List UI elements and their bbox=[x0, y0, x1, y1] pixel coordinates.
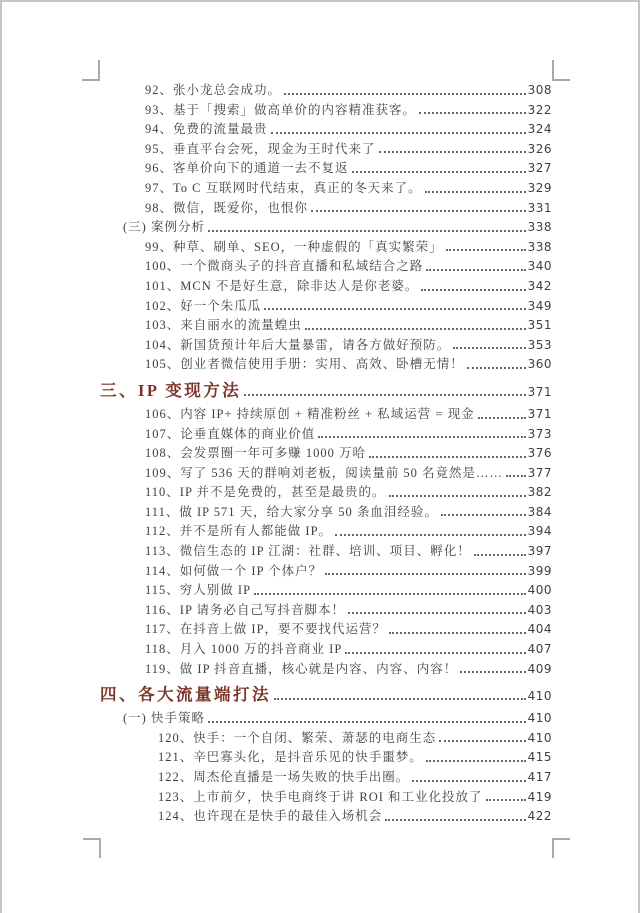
toc-entry-title: 97、To C 互联网时代结束，真正的冬天来了。 bbox=[145, 178, 422, 196]
toc-entry-title: 107、论垂直媒体的商业价值 bbox=[145, 424, 315, 442]
dot-leader bbox=[271, 132, 526, 134]
toc-page-number: 349 bbox=[528, 299, 552, 313]
toc-entry: 98、微信，既爱你，也恨你331 bbox=[100, 198, 552, 218]
toc-page-number: 376 bbox=[528, 446, 552, 460]
toc-page-number: 410 bbox=[528, 711, 552, 725]
dot-leader bbox=[460, 671, 525, 673]
toc-entry: 120、快手：一个自闭、繁荣、萧瑟的电商生态410 bbox=[100, 728, 552, 748]
toc-entry: 114、如何做一个 IP 个体户？399 bbox=[100, 561, 552, 581]
dot-leader bbox=[441, 514, 526, 516]
toc-page-number: 394 bbox=[528, 524, 552, 538]
dot-leader bbox=[208, 230, 526, 232]
toc-entry: 100、一个微商头子的抖音直播和私域结合之路340 bbox=[100, 256, 552, 276]
toc-page-number: 338 bbox=[528, 220, 552, 234]
toc-entry-title: 106、内容 IP+ 持续原创 + 精准粉丝 + 私域运营 = 现金 bbox=[145, 404, 475, 422]
dot-leader bbox=[264, 308, 525, 310]
toc-page-number: 410 bbox=[528, 731, 552, 745]
toc-entry: 101、MCN 不是好生意，除非达人是你老婆。342 bbox=[100, 276, 552, 296]
toc-entry-title: 114、如何做一个 IP 个体户？ bbox=[145, 561, 322, 579]
dot-leader bbox=[506, 475, 526, 477]
toc-entry: 121、辛巴寡头化，是抖音乐见的快手噩梦。415 bbox=[100, 747, 552, 767]
toc-section-heading: 三、IP 变现方法371 bbox=[100, 377, 552, 401]
toc-entry: 119、做 IP 抖音直播，核心就是内容、内容、内容！409 bbox=[100, 659, 552, 679]
toc-entry-title: 103、来自丽水的流量蝗虫 bbox=[145, 315, 302, 333]
dot-leader bbox=[474, 554, 526, 556]
toc-entry-title: 102、好一个朱瓜瓜 bbox=[145, 296, 261, 314]
dot-leader bbox=[421, 289, 525, 291]
toc-page-number: 351 bbox=[528, 318, 552, 332]
toc-page-number: 410 bbox=[528, 689, 552, 703]
toc-subsection-heading: (三) 案例分析338 bbox=[100, 217, 552, 237]
toc-entry-title: 123、上市前夕，快手电商终于讲 ROI 和工业化投放了 bbox=[158, 787, 483, 805]
toc-page-number: 371 bbox=[528, 385, 552, 399]
toc-page-number: 377 bbox=[528, 466, 552, 480]
toc-entry-title: 100、一个微商头子的抖音直播和私域结合之路 bbox=[145, 256, 423, 274]
toc-entry-title: 94、免费的流量最贵 bbox=[145, 119, 268, 137]
dot-leader bbox=[284, 93, 526, 95]
toc-entry: 118、月入 1000 万的抖音商业 IP407 bbox=[100, 639, 552, 659]
dot-leader bbox=[352, 171, 526, 173]
toc-entry-title: 113、微信生态的 IP 江湖：社群、培训、项目、孵化！ bbox=[145, 541, 471, 559]
toc-entry: 113、微信生态的 IP 江湖：社群、培训、项目、孵化！397 bbox=[100, 541, 552, 561]
toc-entry-title: 93、基于「搜索」做高单价的内容精准获客。 bbox=[145, 100, 416, 118]
toc-page-number: 340 bbox=[528, 259, 552, 273]
toc-entry-title: 104、新国货预计年后大量暴雷，请各方做好预防。 bbox=[145, 335, 450, 353]
toc-page-number: 373 bbox=[528, 427, 552, 441]
dot-leader bbox=[348, 612, 526, 614]
toc-entry: 93、基于「搜索」做高单价的内容精准获客。322 bbox=[100, 100, 552, 120]
dot-leader bbox=[274, 698, 526, 700]
toc-entry: 115、穷人别做 IP400 bbox=[100, 580, 552, 600]
toc-page-number: 353 bbox=[528, 338, 552, 352]
toc-entry-title: 98、微信，既爱你，也恨你 bbox=[145, 198, 308, 216]
dot-leader bbox=[379, 151, 526, 153]
toc-entry: 95、垂直平台会死，现金为王时代来了326 bbox=[100, 139, 552, 159]
toc-entry-title: 116、IP 请务必自己写抖音脚本！ bbox=[145, 600, 345, 618]
dot-leader bbox=[385, 819, 525, 821]
dot-leader bbox=[345, 652, 525, 654]
toc-entry: 94、免费的流量最贵324 bbox=[100, 119, 552, 139]
toc-page-number: 397 bbox=[528, 544, 552, 558]
dot-leader bbox=[446, 249, 526, 251]
dot-leader bbox=[389, 632, 526, 634]
toc-entry-title: 117、在抖音上做 IP，要不要找代运营？ bbox=[145, 619, 386, 637]
toc-entry: 112、并不是所有人都能做 IP。394 bbox=[100, 521, 552, 541]
toc-entry: 99、种草、刷单、SEO，一种虚假的「真实繁荣」338 bbox=[100, 237, 552, 257]
toc-page-number: 417 bbox=[528, 770, 552, 784]
dot-leader bbox=[426, 760, 526, 762]
toc-entry-title: 119、做 IP 抖音直播，核心就是内容、内容、内容！ bbox=[145, 659, 457, 677]
dot-leader bbox=[478, 417, 526, 419]
toc-entry-title: 124、也许现在是快手的最佳入场机会 bbox=[158, 806, 382, 824]
toc-entry: 102、好一个朱瓜瓜349 bbox=[100, 296, 552, 316]
toc-entry: 123、上市前夕，快手电商终于讲 ROI 和工业化投放了419 bbox=[100, 787, 552, 807]
table-of-contents: 92、张小龙总会成功。30893、基于「搜索」做高单价的内容精准获客。32294… bbox=[100, 80, 552, 826]
dot-leader bbox=[419, 112, 526, 114]
toc-page-number: 403 bbox=[528, 603, 552, 617]
dot-leader bbox=[389, 495, 526, 497]
dot-leader bbox=[305, 328, 526, 330]
toc-page-number: 382 bbox=[528, 485, 552, 499]
dot-leader bbox=[369, 456, 526, 458]
toc-entry: 92、张小龙总会成功。308 bbox=[100, 80, 552, 100]
dot-leader bbox=[439, 740, 525, 742]
toc-entry: 107、论垂直媒体的商业价值373 bbox=[100, 424, 552, 444]
toc-entry: 104、新国货预计年后大量暴雷，请各方做好预防。353 bbox=[100, 335, 552, 355]
toc-entry: 97、To C 互联网时代结束，真正的冬天来了。329 bbox=[100, 178, 552, 198]
toc-entry: 108、会发票圈一年可多赚 1000 万哈376 bbox=[100, 443, 552, 463]
document-page: 92、张小龙总会成功。30893、基于「搜索」做高单价的内容精准获客。32294… bbox=[0, 0, 640, 913]
toc-entry-title: 122、周杰伦直播是一场失败的快手出圈。 bbox=[158, 767, 409, 785]
toc-entry: 109、写了 536 天的群响刘老板，阅读量前 50 名竟然是……377 bbox=[100, 463, 552, 483]
toc-entry: 124、也许现在是快手的最佳入场机会422 bbox=[100, 806, 552, 826]
dot-leader bbox=[311, 210, 526, 212]
toc-page-number: 399 bbox=[528, 564, 552, 578]
toc-entry-title: 111、做 IP 571 天，给大家分享 50 条血泪经验。 bbox=[145, 502, 438, 520]
dot-leader bbox=[486, 799, 526, 801]
toc-entry: 122、周杰伦直播是一场失败的快手出圈。417 bbox=[100, 767, 552, 787]
toc-entry-title: 115、穷人别做 IP bbox=[145, 580, 251, 598]
toc-page-number: 308 bbox=[528, 83, 552, 97]
toc-entry-title: 112、并不是所有人都能做 IP。 bbox=[145, 521, 332, 539]
toc-entry: 110、IP 并不是免费的，甚至是最贵的。382 bbox=[100, 482, 552, 502]
toc-entry: 106、内容 IP+ 持续原创 + 精准粉丝 + 私域运营 = 现金371 bbox=[100, 404, 552, 424]
toc-entry: 105、创业者微信使用手册：实用、高效、卧槽无情！360 bbox=[100, 354, 552, 374]
toc-entry: 111、做 IP 571 天，给大家分享 50 条血泪经验。384 bbox=[100, 502, 552, 522]
toc-page-number: 326 bbox=[528, 142, 552, 156]
toc-page-number: 419 bbox=[528, 790, 552, 804]
toc-entry-title: 99、种草、刷单、SEO，一种虚假的「真实繁荣」 bbox=[145, 237, 443, 255]
toc-entry-title: 101、MCN 不是好生意，除非达人是你老婆。 bbox=[145, 276, 418, 294]
toc-entry-title: 四、各大流量端打法 bbox=[100, 681, 271, 705]
toc-page-number: 415 bbox=[528, 750, 552, 764]
toc-page-number: 342 bbox=[528, 279, 552, 293]
dot-leader bbox=[412, 780, 525, 782]
toc-page-number: 422 bbox=[528, 809, 552, 823]
toc-subsection-heading: (一) 快手策略410 bbox=[100, 708, 552, 728]
dot-leader bbox=[453, 347, 525, 349]
toc-entry: 103、来自丽水的流量蝗虫351 bbox=[100, 315, 552, 335]
toc-entry-title: 96、客单价向下的通道一去不复返 bbox=[145, 158, 349, 176]
toc-entry-title: 109、写了 536 天的群响刘老板，阅读量前 50 名竟然是…… bbox=[145, 463, 503, 481]
dot-leader bbox=[318, 436, 525, 438]
dot-leader bbox=[254, 593, 526, 595]
toc-entry-title: 95、垂直平台会死，现金为王时代来了 bbox=[145, 139, 376, 157]
toc-entry-title: (一) 快手策略 bbox=[123, 708, 205, 726]
toc-page-number: 409 bbox=[528, 662, 552, 676]
toc-page-number: 331 bbox=[528, 201, 552, 215]
dot-leader bbox=[335, 534, 526, 536]
toc-page-number: 400 bbox=[528, 583, 552, 597]
toc-page-number: 329 bbox=[528, 181, 552, 195]
toc-section-heading: 四、各大流量端打法410 bbox=[100, 681, 552, 705]
toc-entry-title: 108、会发票圈一年可多赚 1000 万哈 bbox=[145, 443, 366, 461]
toc-entry: 117、在抖音上做 IP，要不要找代运营？404 bbox=[100, 619, 552, 639]
dot-leader bbox=[208, 721, 526, 723]
crop-mark-top-right-icon bbox=[552, 60, 570, 81]
toc-page-number: 404 bbox=[528, 622, 552, 636]
crop-mark-top-left-icon bbox=[82, 60, 100, 81]
toc-entry-title: 三、IP 变现方法 bbox=[100, 377, 241, 401]
toc-entry: 96、客单价向下的通道一去不复返327 bbox=[100, 158, 552, 178]
toc-page-number: 322 bbox=[528, 103, 552, 117]
dot-leader bbox=[244, 394, 525, 396]
toc-page-number: 324 bbox=[528, 122, 552, 136]
toc-entry-title: (三) 案例分析 bbox=[123, 217, 205, 235]
toc-entry-title: 110、IP 并不是免费的，甚至是最贵的。 bbox=[145, 482, 386, 500]
toc-entry-title: 120、快手：一个自闭、繁荣、萧瑟的电商生态 bbox=[158, 728, 436, 746]
toc-page-number: 407 bbox=[528, 642, 552, 656]
toc-page-number: 384 bbox=[528, 505, 552, 519]
toc-entry-title: 105、创业者微信使用手册：实用、高效、卧槽无情！ bbox=[145, 354, 464, 372]
dot-leader bbox=[425, 191, 526, 193]
toc-entry-title: 118、月入 1000 万的抖音商业 IP bbox=[145, 639, 342, 657]
dot-leader bbox=[467, 367, 526, 369]
toc-page-number: 360 bbox=[528, 357, 552, 371]
crop-mark-bottom-left-icon bbox=[83, 838, 101, 858]
dot-leader bbox=[325, 573, 525, 575]
dot-leader bbox=[426, 269, 525, 271]
toc-page-number: 338 bbox=[528, 240, 552, 254]
crop-mark-bottom-right-icon bbox=[552, 838, 570, 858]
toc-page-number: 371 bbox=[528, 407, 552, 421]
toc-entry-title: 121、辛巴寡头化，是抖音乐见的快手噩梦。 bbox=[158, 747, 423, 765]
toc-entry: 116、IP 请务必自己写抖音脚本！403 bbox=[100, 600, 552, 620]
toc-page-number: 327 bbox=[528, 161, 552, 175]
toc-entry-title: 92、张小龙总会成功。 bbox=[145, 80, 281, 98]
